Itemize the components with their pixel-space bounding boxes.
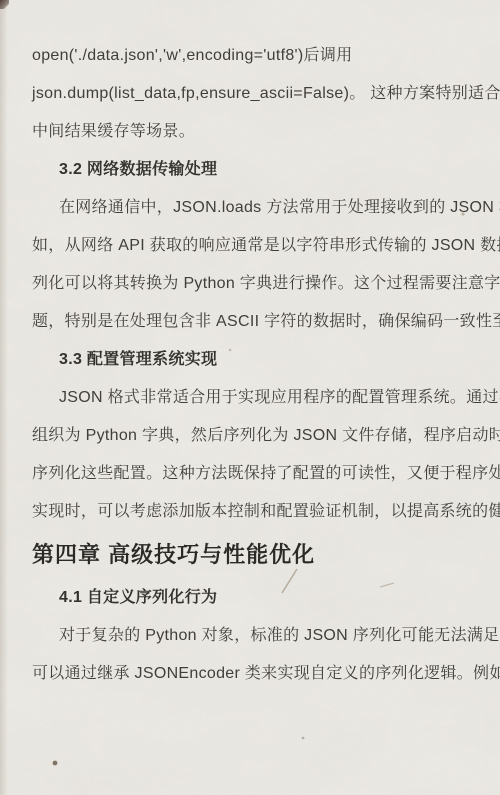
body-text-line: 组织为 Python 字典，然后序列化为 JSON 文件存储，程序启动时再读取并… xyxy=(32,417,485,455)
document-page: open('./data.json','w',encoding='utf8')后… xyxy=(0,0,500,795)
body-text-line: 实现时，可以考虑添加版本控制和配置验证机制，以提高系统的健壮性。 xyxy=(32,493,485,531)
body-text-line: 在网络通信中，JSON.loads 方法常用于处理接收到的 JSON 格式数据。… xyxy=(32,189,485,227)
paper-speck xyxy=(53,761,58,766)
body-text-line: 序列化这些配置。这种方法既保持了配置的可读性，又便于程序处理。在实际 xyxy=(32,455,485,493)
section-heading-3-2: 3.2 网络数据传输处理 xyxy=(32,151,485,189)
body-text-line: JSON 格式非常适合用于实现应用程序的配置管理系统。通过将配置参数 xyxy=(32,379,485,417)
body-text-line: 可以通过继承 JSONEncoder 类来实现自定义的序列化逻辑。例如，处理 xyxy=(32,655,485,693)
paper-speck xyxy=(302,737,305,740)
body-text-line: 如，从网络 API 获取的响应通常是以字符串形式传输的 JSON 数据，通过反序 xyxy=(32,227,485,265)
body-text-line: json.dump(list_data,fp,ensure_ascii=Fals… xyxy=(32,75,485,113)
section-heading-4-1: 4.1 自定义序列化行为 xyxy=(32,579,485,617)
body-text-line: 中间结果缓存等场景。 xyxy=(32,113,485,151)
chapter-heading: 第四章 高级技巧与性能优化 xyxy=(32,531,485,579)
document-content: open('./data.json','w',encoding='utf8')后… xyxy=(0,0,500,693)
body-text-line: open('./data.json','w',encoding='utf8')后… xyxy=(32,37,485,75)
section-heading-3-3: 3.3 配置管理系统实现 xyxy=(32,341,485,379)
body-text-line: 列化可以将其转换为 Python 字典进行操作。这个过程需要注意字符编码问 xyxy=(32,265,485,303)
body-text-line: 对于复杂的 Python 对象，标准的 JSON 序列化可能无法满足需求。这时 xyxy=(32,617,485,655)
body-text-line: 题，特别是在处理包含非 ASCII 字符的数据时，确保编码一致性至关重要。 xyxy=(32,303,485,341)
